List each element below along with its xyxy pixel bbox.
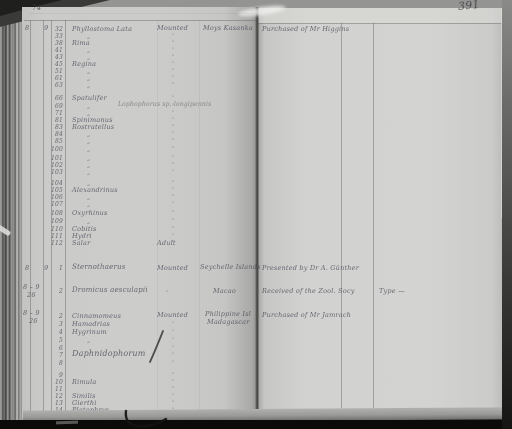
book-right-edge [502, 0, 512, 429]
wire-hook [0, 0, 512, 429]
page-edge-highlight [501, 8, 502, 218]
scanned-ledger-page: 74 391 8 9 Mounted Moys Kasanka Purchase… [0, 0, 512, 429]
